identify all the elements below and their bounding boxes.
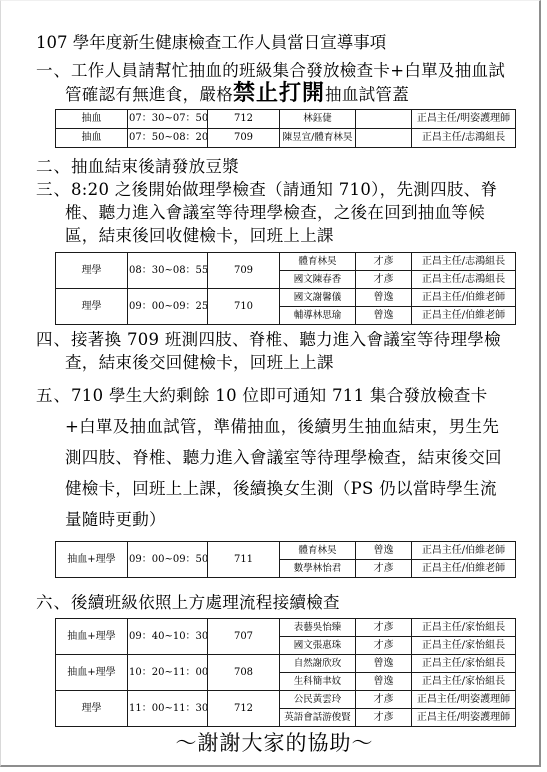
item-text-emphasis: 禁止打開 <box>233 80 325 106</box>
teacher-cell: 表藝吳怡臻 <box>280 619 356 637</box>
class-cell: 712 <box>208 110 280 129</box>
item-number: 四、 <box>36 328 71 351</box>
supervisor-cell: 正昌主任/明姿護理師 <box>412 709 516 727</box>
teacher-cell: 輔導林思瑜 <box>280 307 356 325</box>
teacher-cell: 體育林昊 <box>280 542 356 560</box>
table-row: 理學 11：00~11：30 712 公民黃雲玲 才彥 正昌主任/明姿護理師 <box>56 691 516 709</box>
helper-cell: 曾逸 <box>356 655 412 673</box>
supervisor-cell: 正昌主任/明姿護理師 <box>412 691 516 709</box>
table-row: 抽血+理學 09：40~10：30 707 表藝吳怡臻 才彥 正昌主任/家怡組長 <box>56 619 516 637</box>
remaining-classes-schedule-table: 抽血+理學 09：40~10：30 707 表藝吳怡臻 才彥 正昌主任/家怡組長… <box>55 618 516 727</box>
time-cell: 10：20~11：00 <box>128 655 208 691</box>
item-number: 二、 <box>36 155 71 178</box>
item-text: 後續班級依照上方處理流程接續檢查 <box>65 591 513 614</box>
activity-cell: 理學 <box>56 289 128 325</box>
list-item-3: 三、 8:20 之後開始做理學檢查（請通知 710），先測四肢、脊椎、聽力進入會… <box>36 178 513 247</box>
table-row: 理學 09：00~09：25 710 國文謝馨儀 曾逸 正昌主任/伯維老師 <box>56 289 516 307</box>
time-cell: 07：50~08：20 <box>128 129 208 148</box>
table-row: 抽血 07：50~08：20 709 陳昱宣/體育林昊 正昌主任/志鴻組長 <box>56 129 516 148</box>
helper-cell: 曾逸 <box>356 307 412 325</box>
supervisor-cell: 正昌主任/明姿護理師 <box>412 110 516 129</box>
supervisor-cell: 正昌主任/志鴻組長 <box>412 129 516 148</box>
helper-cell: 才彥 <box>356 619 412 637</box>
teacher-cell: 國文張惠珠 <box>280 637 356 655</box>
class-cell: 709 <box>208 253 280 289</box>
table-row: 抽血+理學 10：20~11：00 708 自然謝欣玫 曾逸 正昌主任/家怡組長 <box>56 655 516 673</box>
helper-cell: 曾逸 <box>356 542 412 560</box>
teacher-cell: 陳昱宣/體育林昊 <box>280 129 356 148</box>
table-row: 理學 08：30~08：55 709 體育林昊 才彥 正昌主任/志鴻組長 <box>56 253 516 271</box>
teacher-cell: 林鈺倢 <box>280 110 356 129</box>
time-cell: 07：30~07：50 <box>128 110 208 129</box>
helper-cell: 才彥 <box>356 271 412 289</box>
time-cell: 11：00~11：30 <box>128 691 208 727</box>
class-711-schedule-table: 抽血+理學 09：00~09：50 711 體育林昊 曾逸 正昌主任/伯維老師 … <box>55 541 516 578</box>
item-text-segment: 抽血試管蓋 <box>325 85 409 104</box>
item-number: 三、 <box>36 178 71 201</box>
helper-cell <box>356 129 412 148</box>
activity-cell: 抽血+理學 <box>56 542 128 578</box>
helper-cell: 才彥 <box>356 709 412 727</box>
item-text: 接著換 709 班測四肢、脊椎、聽力進入會議室等待理學檢查，結束後交回健檢卡，回… <box>65 328 513 374</box>
supervisor-cell: 正昌主任/伯維老師 <box>412 560 516 578</box>
blood-draw-schedule-table: 抽血 07：30~07：50 712 林鈺倢 正昌主任/明姿護理師 抽血 07：… <box>55 109 516 148</box>
helper-cell: 曾逸 <box>356 289 412 307</box>
activity-cell: 抽血 <box>56 129 128 148</box>
activity-cell: 抽血 <box>56 110 128 129</box>
item-text: 8:20 之後開始做理學檢查（請通知 710），先測四肢、脊椎、聽力進入會議室等… <box>65 178 513 247</box>
supervisor-cell: 正昌主任/伯維老師 <box>412 289 516 307</box>
class-cell: 708 <box>208 655 280 691</box>
time-cell: 08：30~08：55 <box>128 253 208 289</box>
item-number: 一、 <box>36 59 71 82</box>
list-item-5: 五、 710 學生大約剩餘 10 位即可通知 711 集合發放檢查卡+白單及抽血… <box>36 380 513 535</box>
class-cell: 710 <box>208 289 280 325</box>
supervisor-cell: 正昌主任/家怡組長 <box>412 637 516 655</box>
table-row: 抽血 07：30~07：50 712 林鈺倢 正昌主任/明姿護理師 <box>56 110 516 129</box>
closing-message: ～謝謝大家的協助～ <box>36 729 513 757</box>
list-item-1: 一、 工作人員請幫忙抽血的班級集合發放檢查卡+白單及抽血試管確認有無進食，嚴格禁… <box>36 59 513 106</box>
supervisor-cell: 正昌主任/家怡組長 <box>412 655 516 673</box>
physical-exam-schedule-table: 理學 08：30~08：55 709 體育林昊 才彥 正昌主任/志鴻組長 國文陳… <box>55 252 516 325</box>
teacher-cell: 自然謝欣玫 <box>280 655 356 673</box>
class-cell: 707 <box>208 619 280 655</box>
teacher-cell: 國文陳春香 <box>280 271 356 289</box>
helper-cell: 才彥 <box>356 691 412 709</box>
supervisor-cell: 正昌主任/家怡組長 <box>412 673 516 691</box>
activity-cell: 理學 <box>56 253 128 289</box>
teacher-cell: 公民黃雲玲 <box>280 691 356 709</box>
class-cell: 709 <box>208 129 280 148</box>
activity-cell: 抽血+理學 <box>56 619 128 655</box>
teacher-cell: 生科簡聿妏 <box>280 673 356 691</box>
activity-cell: 抽血+理學 <box>56 655 128 691</box>
teacher-cell: 國文謝馨儀 <box>280 289 356 307</box>
supervisor-cell: 正昌主任/伯維老師 <box>412 542 516 560</box>
document-page: 107 學年度新生健康檢查工作人員當日宣導事項 一、 工作人員請幫忙抽血的班級集… <box>0 0 541 767</box>
supervisor-cell: 正昌主任/家怡組長 <box>412 619 516 637</box>
class-cell: 711 <box>208 542 280 578</box>
page-title: 107 學年度新生健康檢查工作人員當日宣導事項 <box>36 31 513 55</box>
supervisor-cell: 正昌主任/伯維老師 <box>412 307 516 325</box>
helper-cell: 曾逸 <box>356 673 412 691</box>
time-cell: 09：00~09：50 <box>128 542 208 578</box>
activity-cell: 理學 <box>56 691 128 727</box>
item-number: 六、 <box>36 591 71 614</box>
supervisor-cell: 正昌主任/志鴻組長 <box>412 271 516 289</box>
item-text: 抽血結束後請發放豆漿 <box>65 155 513 178</box>
list-item-4: 四、 接著換 709 班測四肢、脊椎、聽力進入會議室等待理學檢查，結束後交回健檢… <box>36 328 513 374</box>
helper-cell <box>356 110 412 129</box>
helper-cell: 才彥 <box>356 253 412 271</box>
table-row: 抽血+理學 09：00~09：50 711 體育林昊 曾逸 正昌主任/伯維老師 <box>56 542 516 560</box>
list-item-2: 二、 抽血結束後請發放豆漿 <box>36 155 513 178</box>
item-text: 710 學生大約剩餘 10 位即可通知 711 集合發放檢查卡+白單及抽血試管，… <box>65 380 513 535</box>
teacher-cell: 數學林怡君 <box>280 560 356 578</box>
class-cell: 712 <box>208 691 280 727</box>
time-cell: 09：00~09：25 <box>128 289 208 325</box>
helper-cell: 才彥 <box>356 560 412 578</box>
item-number: 五、 <box>36 380 71 411</box>
teacher-cell: 體育林昊 <box>280 253 356 271</box>
time-cell: 09：40~10：30 <box>128 619 208 655</box>
item-text: 工作人員請幫忙抽血的班級集合發放檢查卡+白單及抽血試管確認有無進食，嚴格禁止打開… <box>65 59 513 106</box>
list-item-6: 六、 後續班級依照上方處理流程接續檢查 <box>36 591 513 614</box>
supervisor-cell: 正昌主任/志鴻組長 <box>412 253 516 271</box>
teacher-cell: 英語會話游俊賢 <box>280 709 356 727</box>
helper-cell: 才彥 <box>356 637 412 655</box>
